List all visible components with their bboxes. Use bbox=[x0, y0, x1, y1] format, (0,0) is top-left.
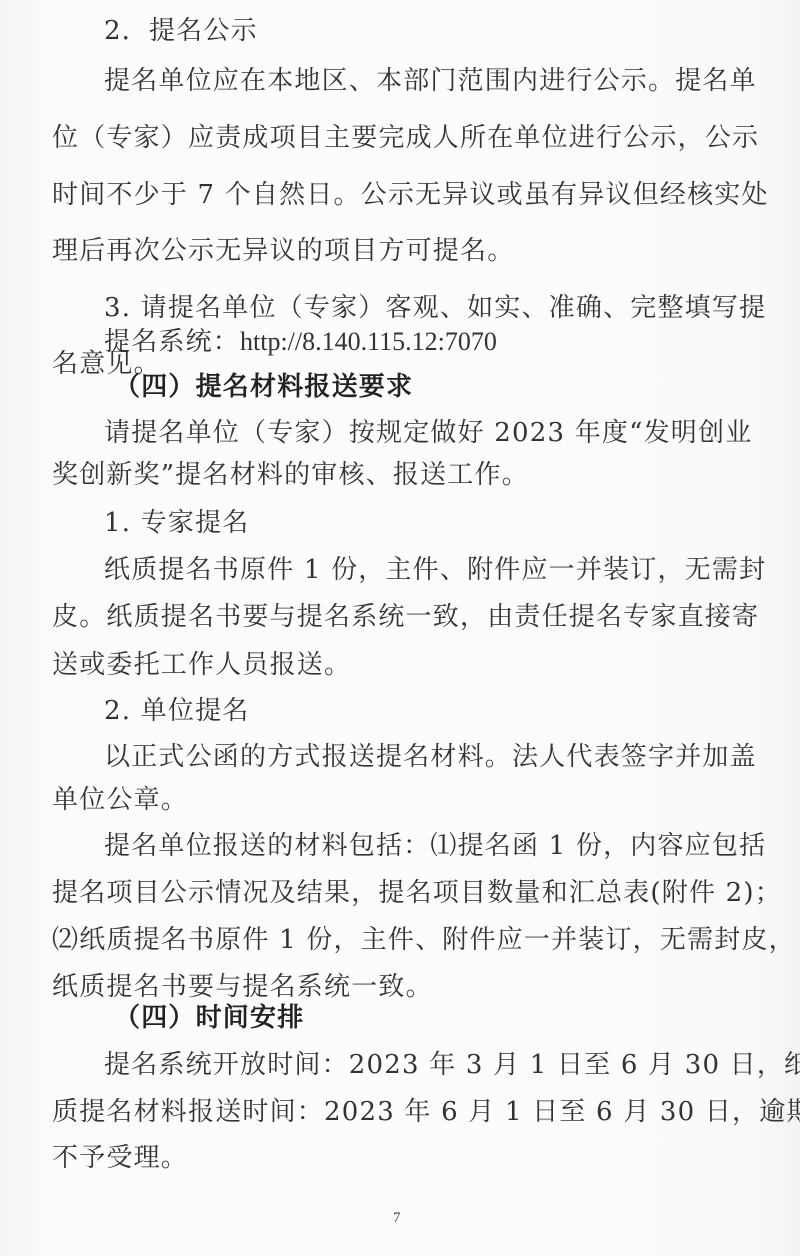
paragraph-line: 不予受理。 bbox=[52, 1141, 752, 1175]
paragraph-line: 纸质提名书要与提名系统一致。 bbox=[52, 970, 752, 1004]
paragraph-line: 位（专家）应责成项目主要完成人所在单位进行公示，公示 bbox=[52, 121, 740, 155]
paragraph-line: 以正式公函的方式报送提名材料。法人代表签字并加盖 bbox=[104, 740, 740, 774]
paragraph-line: 3. 请提名单位（专家）客观、如实、准确、完整填写提 bbox=[104, 291, 740, 325]
section-heading-materials: （四）提名材料报送要求 bbox=[114, 370, 800, 404]
subsection-heading-expert: 1. 专家提名 bbox=[104, 506, 800, 540]
paragraph-line: 提名单位应在本地区、本部门范围内进行公示。提名单 bbox=[104, 64, 740, 98]
section-heading-schedule: （四）时间安排 bbox=[114, 1001, 800, 1035]
subsection-heading-publicity: 2．提名公示 bbox=[104, 14, 800, 48]
paragraph-line: 单位公章。 bbox=[52, 783, 752, 817]
document-page: 2．提名公示 提名单位应在本地区、本部门范围内进行公示。提名单 位（专家）应责成… bbox=[0, 0, 800, 1256]
paragraph-line: 送或委托工作人员报送。 bbox=[52, 648, 752, 682]
paragraph-line: 纸质提名书原件 1 份，主件、附件应一并装订，无需封 bbox=[104, 553, 740, 587]
paragraph-line: 提名项目公示情况及结果，提名项目数量和汇总表(附件 2)； bbox=[52, 876, 740, 910]
subsection-heading-unit: 2. 单位提名 bbox=[104, 694, 800, 728]
paragraph-line: ⑵纸质提名书原件 1 份，主件、附件应一并装订，无需封皮， bbox=[52, 923, 740, 957]
paragraph-line: 皮。纸质提名书要与提名系统一致，由责任提名专家直接寄 bbox=[52, 600, 740, 634]
nomination-system-url-link[interactable]: http://8.140.115.12:7070 bbox=[240, 327, 497, 356]
nomination-system-label: 提名系统： bbox=[104, 327, 240, 357]
nomination-system-line: 提名系统：http://8.140.115.12:7070 bbox=[104, 325, 800, 359]
page-number: 7 bbox=[393, 1210, 401, 1227]
paragraph-line: 时间不少于 7 个自然日。公示无异议或虽有异议但经核实处 bbox=[52, 178, 740, 212]
paragraph-line: 理后再次公示无异议的项目方可提名。 bbox=[52, 234, 752, 268]
paragraph-line: 奖创新奖”提名材料的审核、报送工作。 bbox=[52, 458, 752, 492]
paragraph-line: 提名系统开放时间：2023 年 3 月 1 日至 6 月 30 日，纸 bbox=[104, 1048, 740, 1082]
paragraph-line: 请提名单位（专家）按规定做好 2023 年度“发明创业 bbox=[104, 416, 740, 450]
paragraph-line: 提名单位报送的材料包括：⑴提名函 1 份，内容应包括 bbox=[104, 829, 740, 863]
paragraph-line: 质提名材料报送时间：2023 年 6 月 1 日至 6 月 30 日，逾期 bbox=[52, 1095, 740, 1129]
